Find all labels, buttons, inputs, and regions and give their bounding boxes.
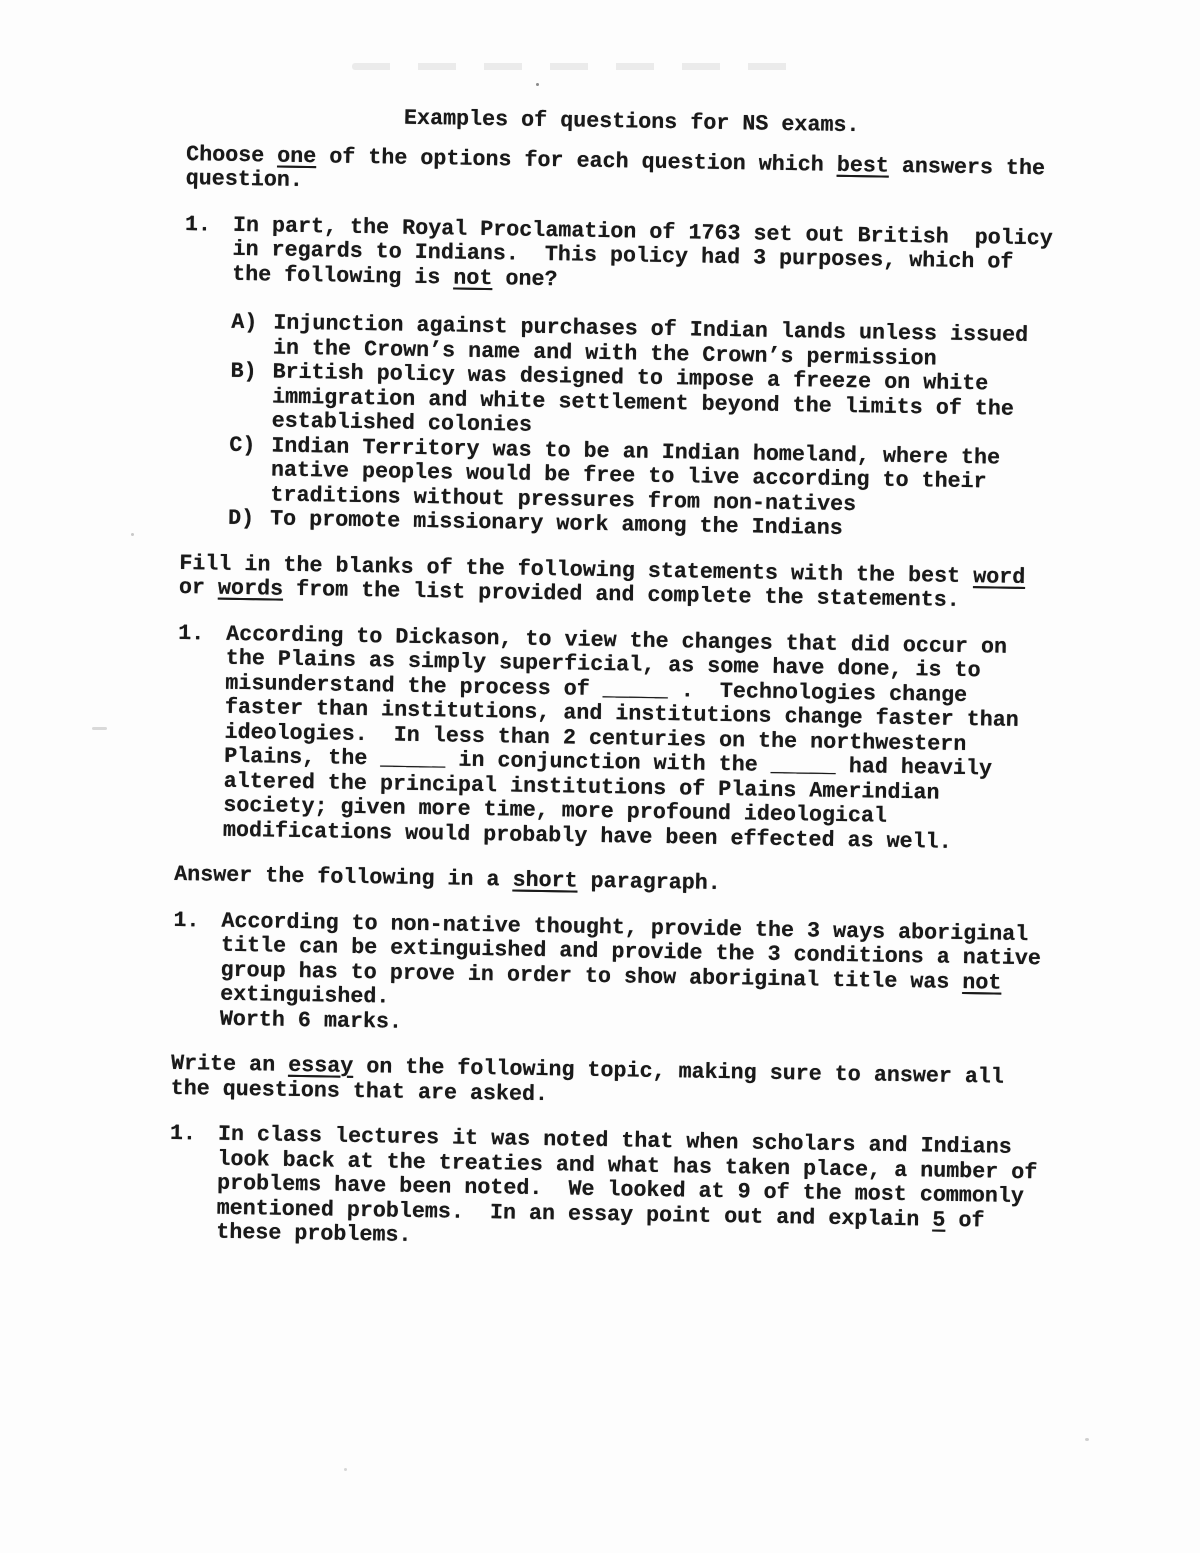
document-content: Examples of questions for NS exams. Choo… — [168, 103, 1077, 1280]
multiple-choice-question-1: 1.In part, the Royal Proclamation of 176… — [180, 212, 1075, 545]
question-number: 1. — [170, 1122, 218, 1147]
question-number: 1. — [173, 908, 221, 933]
underlined-word: word — [973, 564, 1025, 590]
essay-instructions: Write an essay on the following topic, m… — [170, 1052, 1061, 1116]
question-body: In part, the Royal Proclamation of 1763 … — [228, 213, 1075, 545]
question-text: In part, the Royal Proclamation of 1763 … — [232, 213, 1075, 300]
question-body: In class lectures it was noted that when… — [216, 1123, 1060, 1259]
scan-artifact-speck — [344, 1468, 347, 1471]
multiple-choice-instructions: Choose one of the options for each quest… — [186, 142, 1077, 206]
option-label: B) — [230, 360, 272, 385]
option-label: C) — [229, 433, 271, 458]
underlined-word: not — [962, 969, 1001, 995]
underlined-word: short — [512, 868, 577, 894]
question-number: 1. — [185, 212, 233, 237]
document-sections: Choose one of the options for each quest… — [168, 142, 1076, 1259]
fill-in-blanks-instructions: Fill in the blanks of the following stat… — [179, 551, 1070, 615]
question-body: According to Dickason, to view the chang… — [223, 622, 1069, 856]
scan-artifact-ghost-text — [352, 63, 792, 70]
document-title: Examples of questions for NS exams. — [187, 103, 1077, 142]
scan-artifact-speck — [536, 83, 539, 86]
fill-in-blanks-question-1: 1.According to Dickason, to view the cha… — [175, 621, 1069, 856]
option-label: D) — [228, 507, 270, 532]
question-body: According to non-native thought, provide… — [220, 909, 1064, 1045]
document-page: Examples of questions for NS exams. Choo… — [0, 0, 1200, 1553]
short-paragraph-instructions: Answer the following in a short paragrap… — [174, 863, 1064, 902]
essay-question-1: 1.In class lectures it was noted that wh… — [168, 1122, 1060, 1259]
underlined-word: 5 — [932, 1207, 945, 1232]
option-label: A) — [231, 311, 273, 336]
scan-artifact-dash — [92, 727, 107, 730]
underlined-word: best — [837, 152, 889, 178]
question-text: According to Dickason, to view the chang… — [223, 622, 1069, 856]
underlined-word: one — [277, 143, 316, 169]
underlined-word: words — [218, 576, 283, 602]
options-list: A)Injunction against purchases of Indian… — [228, 311, 1074, 545]
scan-artifact-speck — [1085, 1438, 1089, 1441]
question-text: According to non-native thought, provide… — [220, 909, 1064, 1045]
underlined-word: essay — [288, 1053, 353, 1079]
underlined-word: not — [453, 265, 492, 291]
short-paragraph-question-1: 1.According to non-native thought, provi… — [172, 908, 1064, 1045]
option-text: British policy was designed to impose a … — [272, 360, 1073, 447]
question-number: 1. — [178, 621, 226, 646]
scan-artifact-speck — [131, 533, 134, 536]
question-text: In class lectures it was noted that when… — [216, 1123, 1060, 1259]
